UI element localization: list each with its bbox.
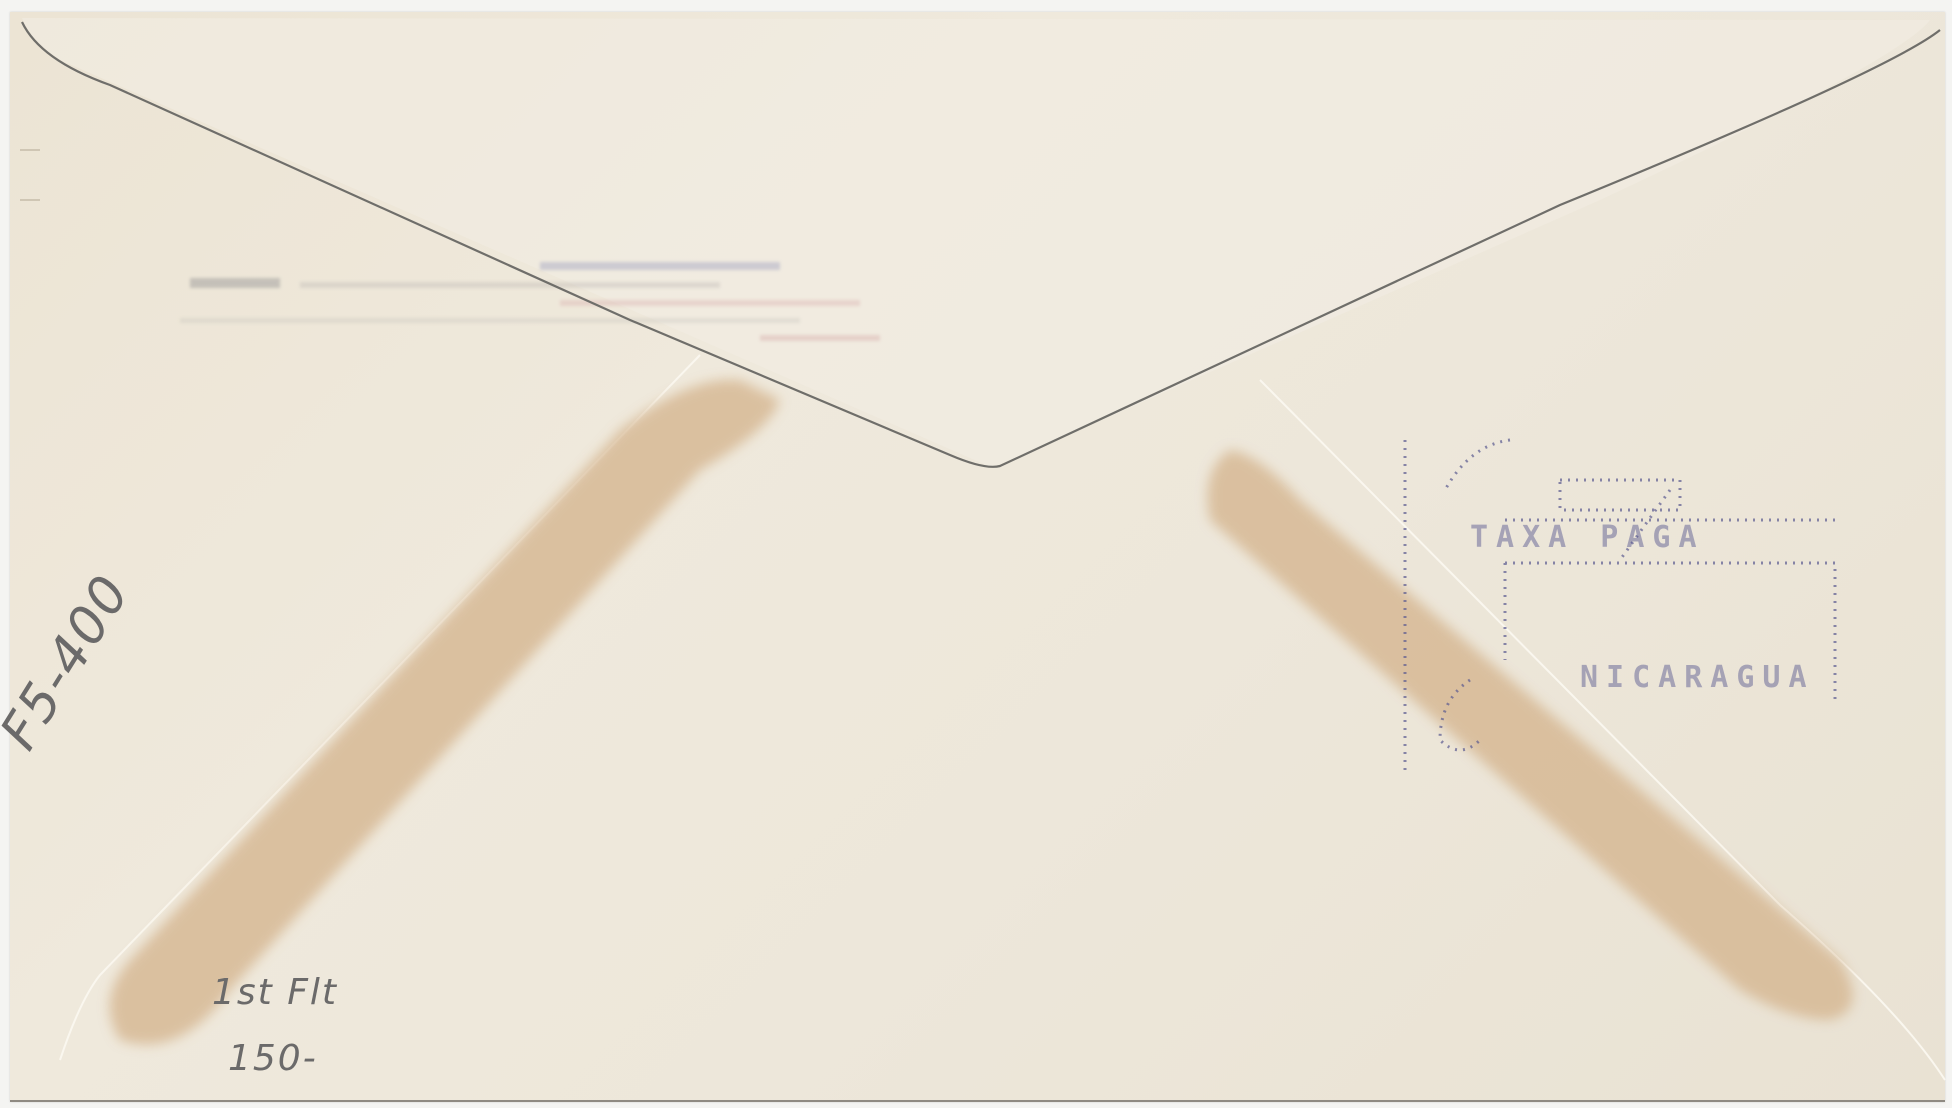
glue-stains: [110, 380, 1853, 1045]
flight-note: 1st Flt: [212, 972, 338, 1013]
price-note: 150-: [228, 1038, 318, 1079]
postmark-line1: TAXA PAGA: [1470, 520, 1705, 555]
postmark-line2: NICARAGUA: [1580, 660, 1815, 695]
edge-marks: [20, 150, 40, 200]
top-flap: [22, 18, 1930, 468]
